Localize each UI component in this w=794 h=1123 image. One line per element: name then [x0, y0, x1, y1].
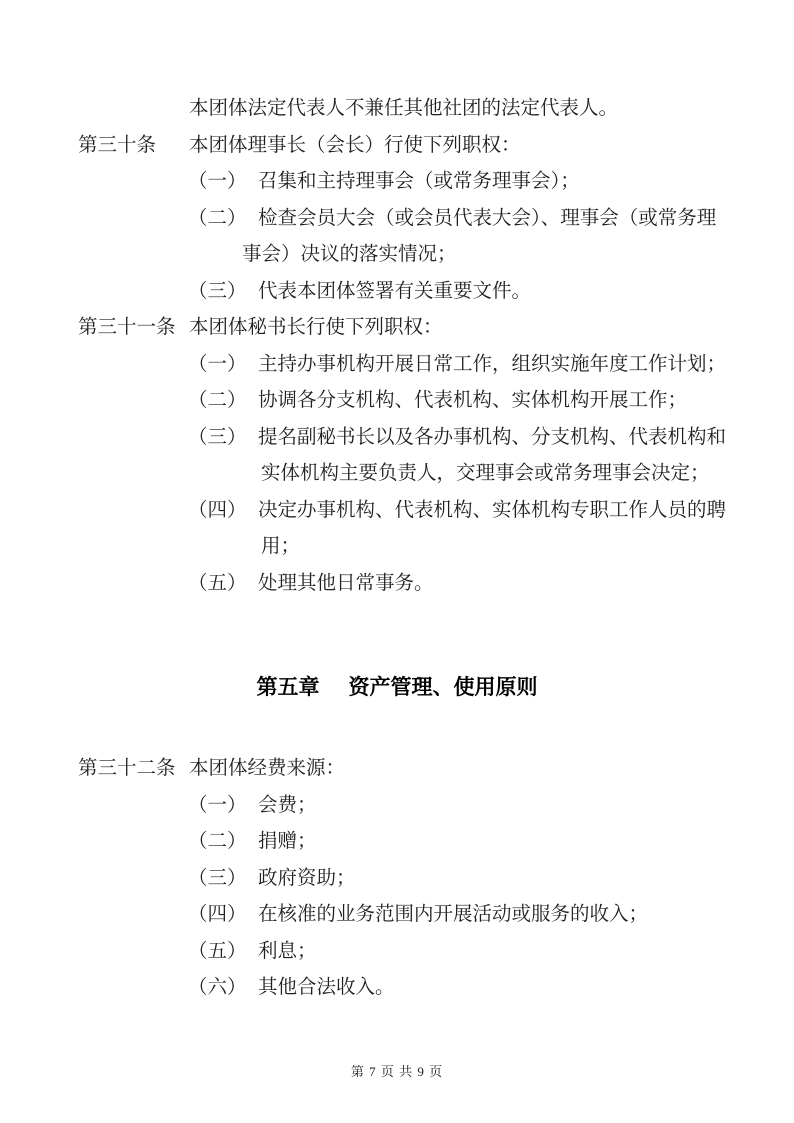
article-32-item-6-text: 其他合法收入。 [258, 977, 395, 998]
article-32-item-4-marker: （四） [188, 897, 258, 934]
article-32-item-2: （二）捐赠； [0, 824, 794, 861]
article-32-item-2-marker: （二） [188, 824, 258, 861]
article-30-item-3-text: 代表本团体签署有关重要文件。 [258, 281, 531, 302]
article-32-item-6-marker: （六） [188, 970, 258, 1007]
article-32-item-4: （四）在核准的业务范围内开展活动或服务的收入； [0, 897, 794, 934]
article-31-item-2: （二）协调各分支机构、代表机构、实体机构开展工作； [0, 383, 794, 420]
article-32-item-2-text: 捐赠； [258, 831, 317, 852]
article-30-item-1-marker: （一） [188, 164, 258, 201]
article-31-item-3-text: 提名副秘书长以及各办事机构、分支机构、代表机构和 [258, 427, 726, 448]
article-31-item-4-marker: （四） [188, 493, 258, 530]
article-32-item-1-text: 会费； [258, 795, 317, 816]
page-number-footer: 第 7 页 共 9 页 [0, 1064, 794, 1080]
document-content: 本团体法定代表人不兼任其他社团的法定代表人。 第三十条本团体理事长（会长）行使下… [0, 0, 794, 1007]
article-30-item-2: （二）检查会员大会（或会员代表大会）、理事会（或常务理 [0, 201, 794, 238]
article-32-item-5-marker: （五） [188, 934, 258, 971]
article-31-item-1-text: 主持办事机构开展日常工作，组织实施年度工作计划； [258, 354, 726, 375]
article-32-item-4-text: 在核准的业务范围内开展活动或服务的收入； [258, 904, 648, 925]
chapter-5-heading: 第五章资产管理、使用原则 [0, 669, 794, 706]
article-31-heading: 第三十一条本团体秘书长行使下列职权： [0, 310, 794, 347]
article-32-item-3: （三）政府资助； [0, 861, 794, 898]
chapter-5-number: 第五章 [257, 675, 320, 699]
article-30-item-2-continuation: 事会）决议的落实情况； [0, 237, 794, 274]
article-31-title: 本团体秘书长行使下列职权： [189, 317, 443, 338]
intro-paragraph: 本团体法定代表人不兼任其他社团的法定代表人。 [0, 91, 794, 128]
article-31-item-5-text: 处理其他日常事务。 [258, 573, 434, 594]
article-31-item-2-marker: （二） [188, 383, 258, 420]
article-30-item-2-marker: （二） [188, 201, 258, 238]
article-32-heading: 第三十二条本团体经费来源： [0, 751, 794, 788]
article-31-item-3: （三）提名副秘书长以及各办事机构、分支机构、代表机构和 [0, 420, 794, 457]
article-31-item-1: （一）主持办事机构开展日常工作，组织实施年度工作计划； [0, 347, 794, 384]
article-31-item-3-marker: （三） [188, 420, 258, 457]
article-31-item-5-marker: （五） [188, 566, 258, 603]
article-30-item-2-text: 检查会员大会（或会员代表大会）、理事会（或常务理 [258, 208, 716, 229]
article-30-item-3: （三）代表本团体签署有关重要文件。 [0, 274, 794, 311]
article-31-item-2-text: 协调各分支机构、代表机构、实体机构开展工作； [258, 390, 687, 411]
article-32-item-5-text: 利息； [258, 941, 317, 962]
article-32-item-1: （一）会费； [0, 788, 794, 825]
chapter-5-title: 资产管理、使用原则 [349, 675, 538, 699]
article-32-item-6: （六）其他合法收入。 [0, 970, 794, 1007]
article-30-item-1: （一）召集和主持理事会（或常务理事会）； [0, 164, 794, 201]
article-30-label: 第三十条 [78, 128, 189, 165]
article-32-title: 本团体经费来源： [189, 758, 345, 779]
article-32-item-3-marker: （三） [188, 861, 258, 898]
article-31-item-4: （四）决定办事机构、代表机构、实体机构专职工作人员的聘 [0, 493, 794, 530]
document-page: 本团体法定代表人不兼任其他社团的法定代表人。 第三十条本团体理事长（会长）行使下… [0, 0, 794, 1123]
article-31-item-5: （五）处理其他日常事务。 [0, 566, 794, 603]
article-31-item-3-continuation: 实体机构主要负责人，交理事会或常务理事会决定； [0, 456, 794, 493]
article-30-item-1-text: 召集和主持理事会（或常务理事会）； [258, 171, 580, 192]
article-30-heading: 第三十条本团体理事长（会长）行使下列职权： [0, 128, 794, 165]
article-31-item-1-marker: （一） [188, 347, 258, 384]
article-32-item-3-text: 政府资助； [258, 868, 356, 889]
article-30-title: 本团体理事长（会长）行使下列职权： [189, 135, 521, 156]
article-31-label: 第三十一条 [78, 310, 189, 347]
article-32-item-1-marker: （一） [188, 788, 258, 825]
article-31-item-4-continuation: 用； [0, 529, 794, 566]
article-32-label: 第三十二条 [78, 751, 189, 788]
article-31-item-4-text: 决定办事机构、代表机构、实体机构专职工作人员的聘 [258, 500, 726, 521]
article-32-item-5: （五）利息； [0, 934, 794, 971]
article-30-item-3-marker: （三） [188, 274, 258, 311]
